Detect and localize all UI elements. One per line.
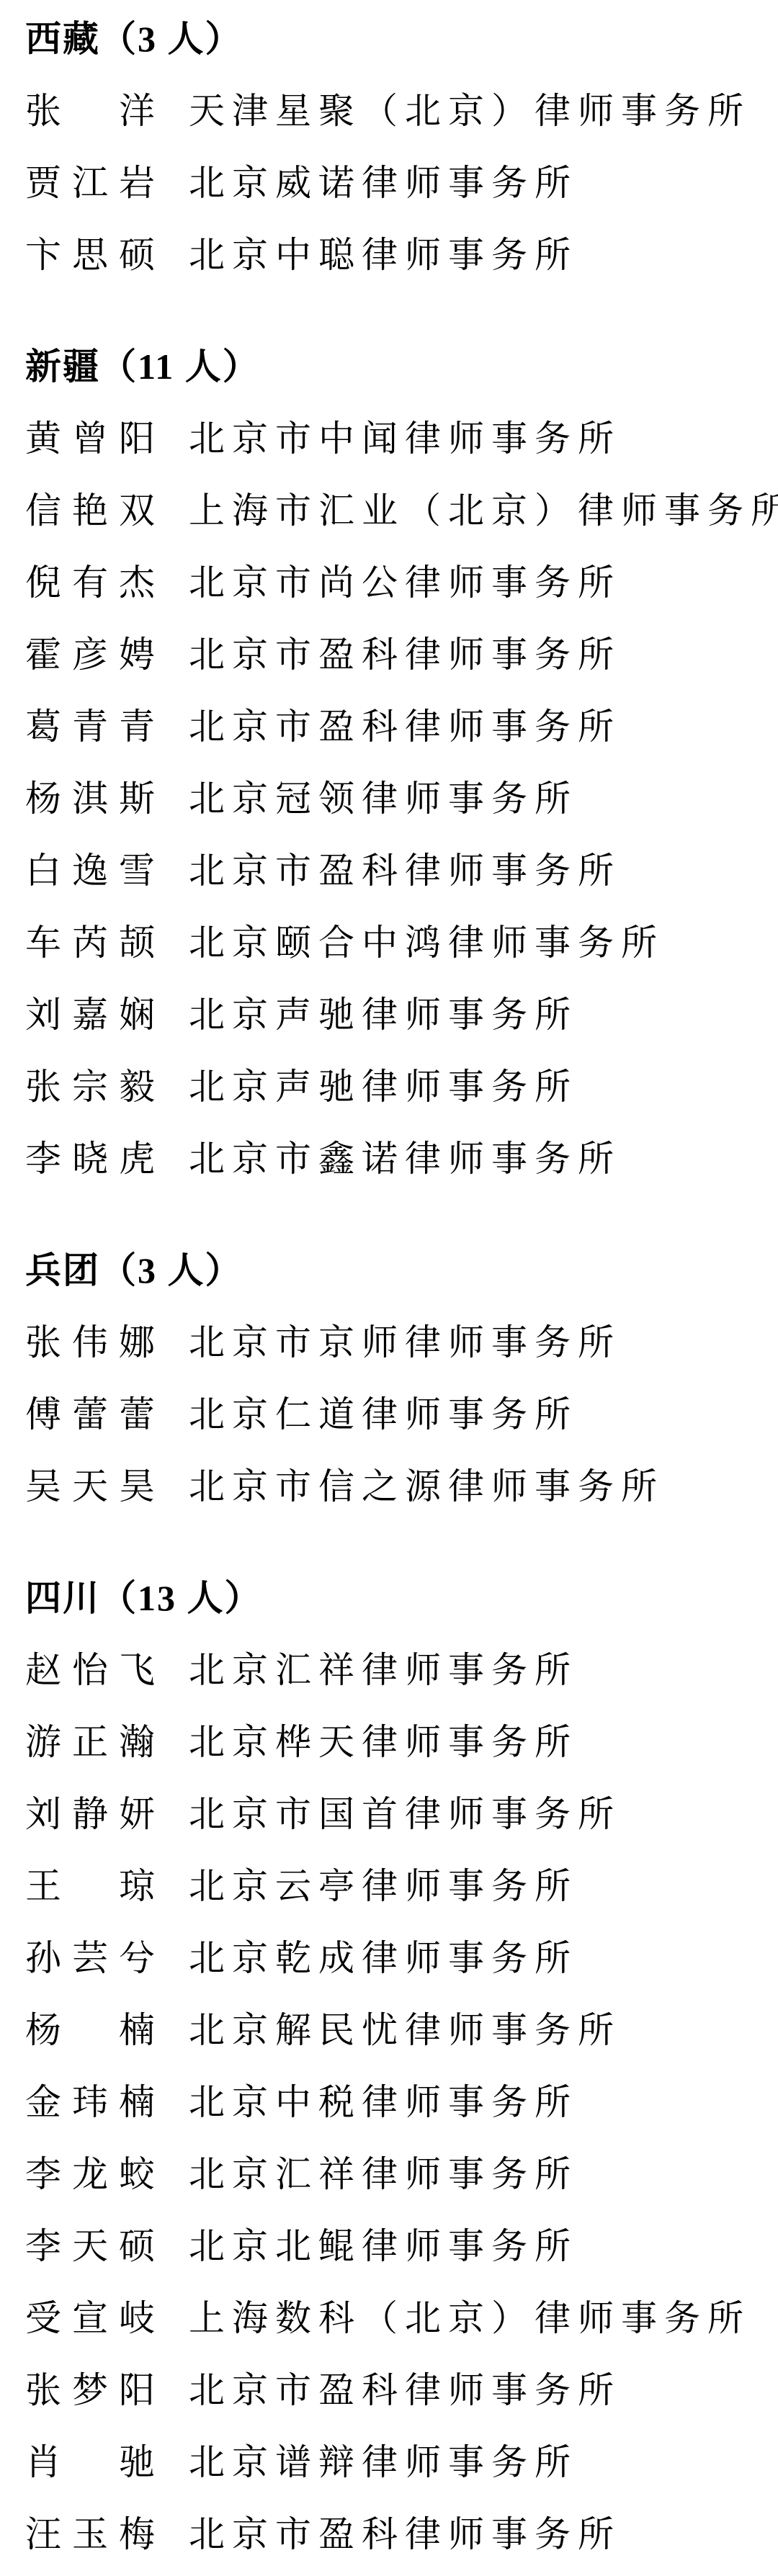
lawyer-row: 金玮楠北京中税律师事务所	[25, 2063, 778, 2135]
law-firm-name: 上海数科（北京）律师事务所	[189, 2289, 751, 2341]
law-firm-name: 北京中税律师事务所	[189, 2073, 578, 2125]
lawyer-name: 葛青青	[25, 698, 155, 750]
lawyer-row: 车芮颉北京颐合中鸿律师事务所	[25, 904, 778, 976]
lawyer-row: 张宗毅北京声驰律师事务所	[25, 1048, 778, 1120]
law-firm-name: 北京市鑫诺律师事务所	[189, 1130, 621, 1182]
lawyer-name: 吴天昊	[25, 1458, 155, 1509]
lawyer-name: 张梦阳	[25, 2361, 155, 2413]
lawyer-row: 肖驰北京谱辩律师事务所	[25, 2423, 778, 2495]
lawyer-row: 受宣岐上海数科（北京）律师事务所	[25, 2279, 778, 2351]
lawyer-name: 肖驰	[25, 2433, 155, 2485]
lawyer-row: 赵怡飞北京汇祥律师事务所	[25, 1631, 778, 1703]
lawyer-name: 车芮颉	[25, 914, 155, 966]
lawyer-name: 刘嘉娴	[25, 986, 155, 1038]
law-firm-name: 北京乾成律师事务所	[189, 1929, 578, 1981]
law-firm-name: 北京中聪律师事务所	[189, 226, 578, 278]
lawyer-row: 信艳双上海市汇业（北京）律师事务所	[25, 472, 778, 544]
section-header: 兵团（3 人）	[25, 1231, 778, 1303]
lawyer-name: 金玮楠	[25, 2073, 155, 2125]
lawyer-name: 张洋	[25, 82, 155, 134]
law-firm-name: 北京桦天律师事务所	[189, 1713, 578, 1765]
lawyer-name: 霍彦娉	[25, 626, 155, 678]
region-section: 四川（13 人）赵怡飞北京汇祥律师事务所游正瀚北京桦天律师事务所刘静妍北京市国首…	[25, 1559, 778, 2567]
section-header: 四川（13 人）	[25, 1559, 778, 1631]
law-firm-name: 北京市盈科律师事务所	[189, 2361, 621, 2413]
lawyer-row: 葛青青北京市盈科律师事务所	[25, 688, 778, 760]
lawyer-row: 杨淇斯北京冠领律师事务所	[25, 760, 778, 832]
lawyer-name: 张伟娜	[25, 1314, 155, 1365]
lawyer-row: 李天硕北京北鲲律师事务所	[25, 2207, 778, 2279]
law-firm-name: 北京北鲲律师事务所	[189, 2217, 578, 2269]
lawyer-row: 刘嘉娴北京声驰律师事务所	[25, 976, 778, 1048]
lawyer-name: 游正瀚	[25, 1713, 155, 1765]
lawyer-name: 卞思硕	[25, 226, 155, 278]
region-section: 新疆（11 人）黄曾阳北京市中闻律师事务所信艳双上海市汇业（北京）律师事务所倪有…	[25, 328, 778, 1192]
lawyer-row: 游正瀚北京桦天律师事务所	[25, 1703, 778, 1775]
lawyer-row: 霍彦娉北京市盈科律师事务所	[25, 616, 778, 688]
lawyer-name: 倪有杰	[25, 554, 155, 606]
law-firm-name: 北京市盈科律师事务所	[189, 842, 621, 894]
lawyer-row: 吴天昊北京市信之源律师事务所	[25, 1448, 778, 1520]
law-firm-name: 北京汇祥律师事务所	[189, 2145, 578, 2197]
lawyer-row: 卞思硕北京中聪律师事务所	[25, 216, 778, 288]
law-firm-name: 北京市信之源律师事务所	[189, 1458, 664, 1509]
lawyer-name: 贾江岩	[25, 154, 155, 206]
lawyer-row: 王琼北京云亭律师事务所	[25, 1847, 778, 1919]
law-firm-name: 北京云亭律师事务所	[189, 1857, 578, 1909]
lawyer-row: 李龙蛟北京汇祥律师事务所	[25, 2135, 778, 2207]
law-firm-name: 北京市盈科律师事务所	[189, 2505, 621, 2557]
law-firm-name: 北京市盈科律师事务所	[189, 626, 621, 678]
lawyer-row: 李晓虎北京市鑫诺律师事务所	[25, 1120, 778, 1192]
lawyer-row: 孙芸兮北京乾成律师事务所	[25, 1919, 778, 1991]
law-firm-name: 北京解民忧律师事务所	[189, 2001, 621, 2053]
lawyer-row: 张洋天津星聚（北京）律师事务所	[25, 72, 778, 144]
section-header: 西藏（3 人）	[25, 0, 778, 72]
law-firm-name: 北京声驰律师事务所	[189, 986, 578, 1038]
lawyer-name: 汪玉梅	[25, 2505, 155, 2557]
lawyer-name: 信艳双	[25, 482, 155, 534]
law-firm-name: 天津星聚（北京）律师事务所	[189, 82, 751, 134]
section-header: 新疆（11 人）	[25, 328, 778, 400]
lawyer-name: 赵怡飞	[25, 1641, 155, 1693]
law-firm-name: 北京市中闻律师事务所	[189, 410, 621, 462]
law-firm-name: 北京威诺律师事务所	[189, 154, 578, 206]
lawyer-name: 张宗毅	[25, 1058, 155, 1110]
lawyer-name: 王琼	[25, 1857, 155, 1909]
lawyer-row: 傅蕾蕾北京仁道律师事务所	[25, 1375, 778, 1448]
law-firm-name: 上海市汇业（北京）律师事务所	[189, 482, 778, 534]
lawyer-name: 傅蕾蕾	[25, 1386, 155, 1437]
lawyer-name: 白逸雪	[25, 842, 155, 894]
lawyer-name: 刘静妍	[25, 1785, 155, 1837]
law-firm-name: 北京市盈科律师事务所	[189, 698, 621, 750]
law-firm-name: 北京颐合中鸿律师事务所	[189, 914, 664, 966]
lawyer-name: 李龙蛟	[25, 2145, 155, 2197]
lawyer-row: 白逸雪北京市盈科律师事务所	[25, 832, 778, 904]
lawyer-name: 李天硕	[25, 2217, 155, 2269]
lawyer-row: 汪玉梅北京市盈科律师事务所	[25, 2495, 778, 2567]
lawyer-name: 黄曾阳	[25, 410, 155, 462]
lawyer-row: 张伟娜北京市京师律师事务所	[25, 1303, 778, 1375]
lawyer-name: 李晓虎	[25, 1130, 155, 1182]
lawyer-row: 贾江岩北京威诺律师事务所	[25, 144, 778, 216]
law-firm-name: 北京汇祥律师事务所	[189, 1641, 578, 1693]
law-firm-name: 北京冠领律师事务所	[189, 770, 578, 822]
lawyer-row: 刘静妍北京市国首律师事务所	[25, 1775, 778, 1847]
law-firm-name: 北京市京师律师事务所	[189, 1314, 621, 1365]
region-section: 西藏（3 人）张洋天津星聚（北京）律师事务所贾江岩北京威诺律师事务所卞思硕北京中…	[25, 0, 778, 288]
lawyer-row: 张梦阳北京市盈科律师事务所	[25, 2351, 778, 2423]
lawyer-list-document: 西藏（3 人）张洋天津星聚（北京）律师事务所贾江岩北京威诺律师事务所卞思硕北京中…	[0, 0, 778, 2567]
lawyer-name: 杨淇斯	[25, 770, 155, 822]
region-section: 兵团（3 人）张伟娜北京市京师律师事务所傅蕾蕾北京仁道律师事务所吴天昊北京市信之…	[25, 1231, 778, 1520]
lawyer-row: 杨楠北京解民忧律师事务所	[25, 1991, 778, 2063]
law-firm-name: 北京市尚公律师事务所	[189, 554, 621, 606]
lawyer-row: 倪有杰北京市尚公律师事务所	[25, 544, 778, 616]
law-firm-name: 北京谱辩律师事务所	[189, 2433, 578, 2485]
law-firm-name: 北京声驰律师事务所	[189, 1058, 578, 1110]
lawyer-name: 受宣岐	[25, 2289, 155, 2341]
law-firm-name: 北京市国首律师事务所	[189, 1785, 621, 1837]
lawyer-row: 黄曾阳北京市中闻律师事务所	[25, 400, 778, 472]
lawyer-name: 孙芸兮	[25, 1929, 155, 1981]
law-firm-name: 北京仁道律师事务所	[189, 1386, 578, 1437]
lawyer-name: 杨楠	[25, 2001, 155, 2053]
